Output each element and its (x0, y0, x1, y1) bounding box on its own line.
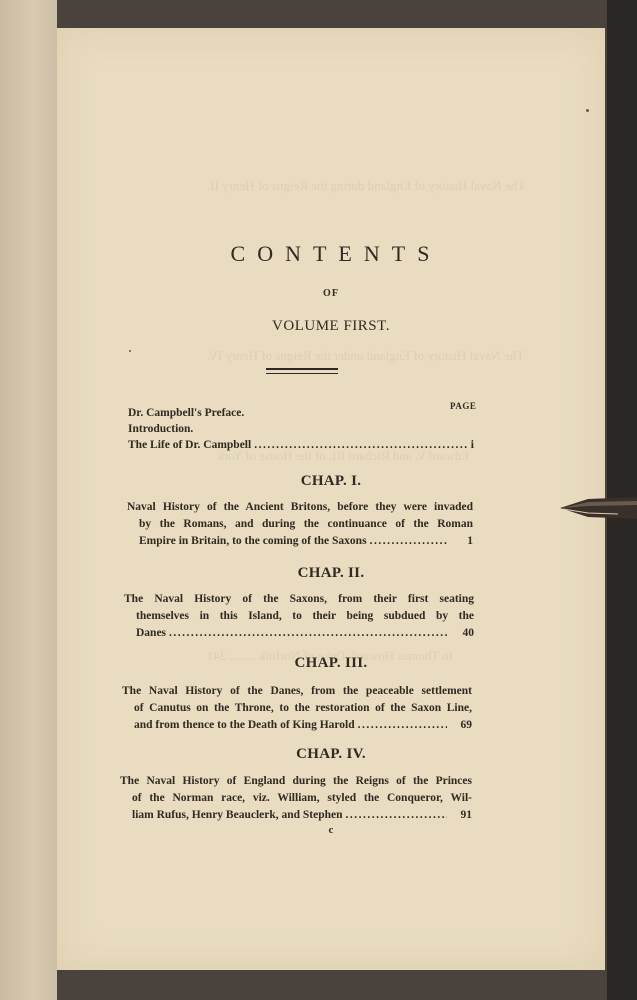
entry-line-last: and from thence to the Death of King Har… (122, 717, 472, 734)
chapter-entry: The Naval History of England during the … (120, 773, 472, 824)
front-matter-title: Introduction. (128, 421, 193, 437)
entry-page-number: 40 (452, 625, 474, 642)
chapter-entry: Naval History of the Ancient Britons, be… (127, 499, 473, 550)
double-rule-divider (266, 368, 338, 374)
paper-speck (129, 350, 131, 352)
chapter-entry: The Naval History of the Danes, from the… (122, 683, 472, 734)
front-matter-list: Dr. Campbell's Preface. Introduction. Th… (128, 405, 474, 453)
entry-page-number: 91 (450, 807, 472, 824)
front-matter-title: Dr. Campbell's Preface. (128, 405, 244, 421)
paper-speck (586, 109, 589, 112)
chapter-heading: CHAP. I. (57, 473, 605, 490)
dot-leader (169, 625, 449, 642)
entry-line: by the Romans, and during the continuanc… (127, 516, 473, 533)
front-matter-item: The Life of Dr. Campbell i (128, 437, 474, 453)
dot-leader (346, 807, 447, 824)
entry-page-number: 1 (451, 533, 473, 550)
bleed-through-text: The Naval History of England during the … (207, 178, 525, 194)
entry-line-text: Empire in Britain, to the coming of the … (139, 533, 367, 550)
chapter-heading: CHAP. II. (57, 565, 605, 582)
dot-leader (358, 717, 447, 734)
front-matter-item: Introduction. (128, 421, 474, 437)
pen-tip-icon (558, 492, 637, 524)
entry-line: of the Norman race, viz. William, styled… (120, 790, 472, 807)
facing-page-edge (0, 0, 57, 1000)
entry-line: The Naval History of the Danes, from the… (122, 683, 472, 700)
contents-heading: CONTENTS (57, 241, 605, 267)
front-matter-item: Dr. Campbell's Preface. (128, 405, 474, 421)
entry-line-text: and from thence to the Death of King Har… (134, 717, 355, 734)
entry-line: The Naval History of the Saxons, from th… (124, 591, 474, 608)
entry-page-number: 69 (450, 717, 472, 734)
entry-line: themselves in this Island, to their bein… (124, 608, 474, 625)
volume-title: VOLUME FIRST. (57, 318, 605, 335)
entry-line-last: Danes 40 (124, 625, 474, 642)
chapter-heading: CHAP. III. (57, 655, 605, 672)
bleed-through-text: The Naval History of England under the R… (207, 348, 524, 364)
of-subheading: OF (57, 288, 605, 299)
book-page: The Naval History of England during the … (57, 28, 605, 970)
dot-leader (254, 437, 468, 453)
entry-line-text: liam Rufus, Henry Beauclerk, and Stephen (132, 807, 343, 824)
entry-line: The Naval History of England during the … (120, 773, 472, 790)
chapter-heading: CHAP. IV. (57, 746, 605, 763)
entry-line-text: Danes (136, 625, 166, 642)
entry-line-last: Empire in Britain, to the coming of the … (127, 533, 473, 550)
dot-leader (370, 533, 448, 550)
front-matter-page: i (471, 437, 474, 453)
entry-line: Naval History of the Ancient Britons, be… (127, 499, 473, 516)
front-matter-title: The Life of Dr. Campbell (128, 437, 251, 453)
entry-line: of Canutus on the Throne, to the restora… (122, 700, 472, 717)
entry-line-last: liam Rufus, Henry Beauclerk, and Stephen… (120, 807, 472, 824)
signature-mark: c (57, 824, 605, 836)
chapter-entry: The Naval History of the Saxons, from th… (124, 591, 474, 642)
